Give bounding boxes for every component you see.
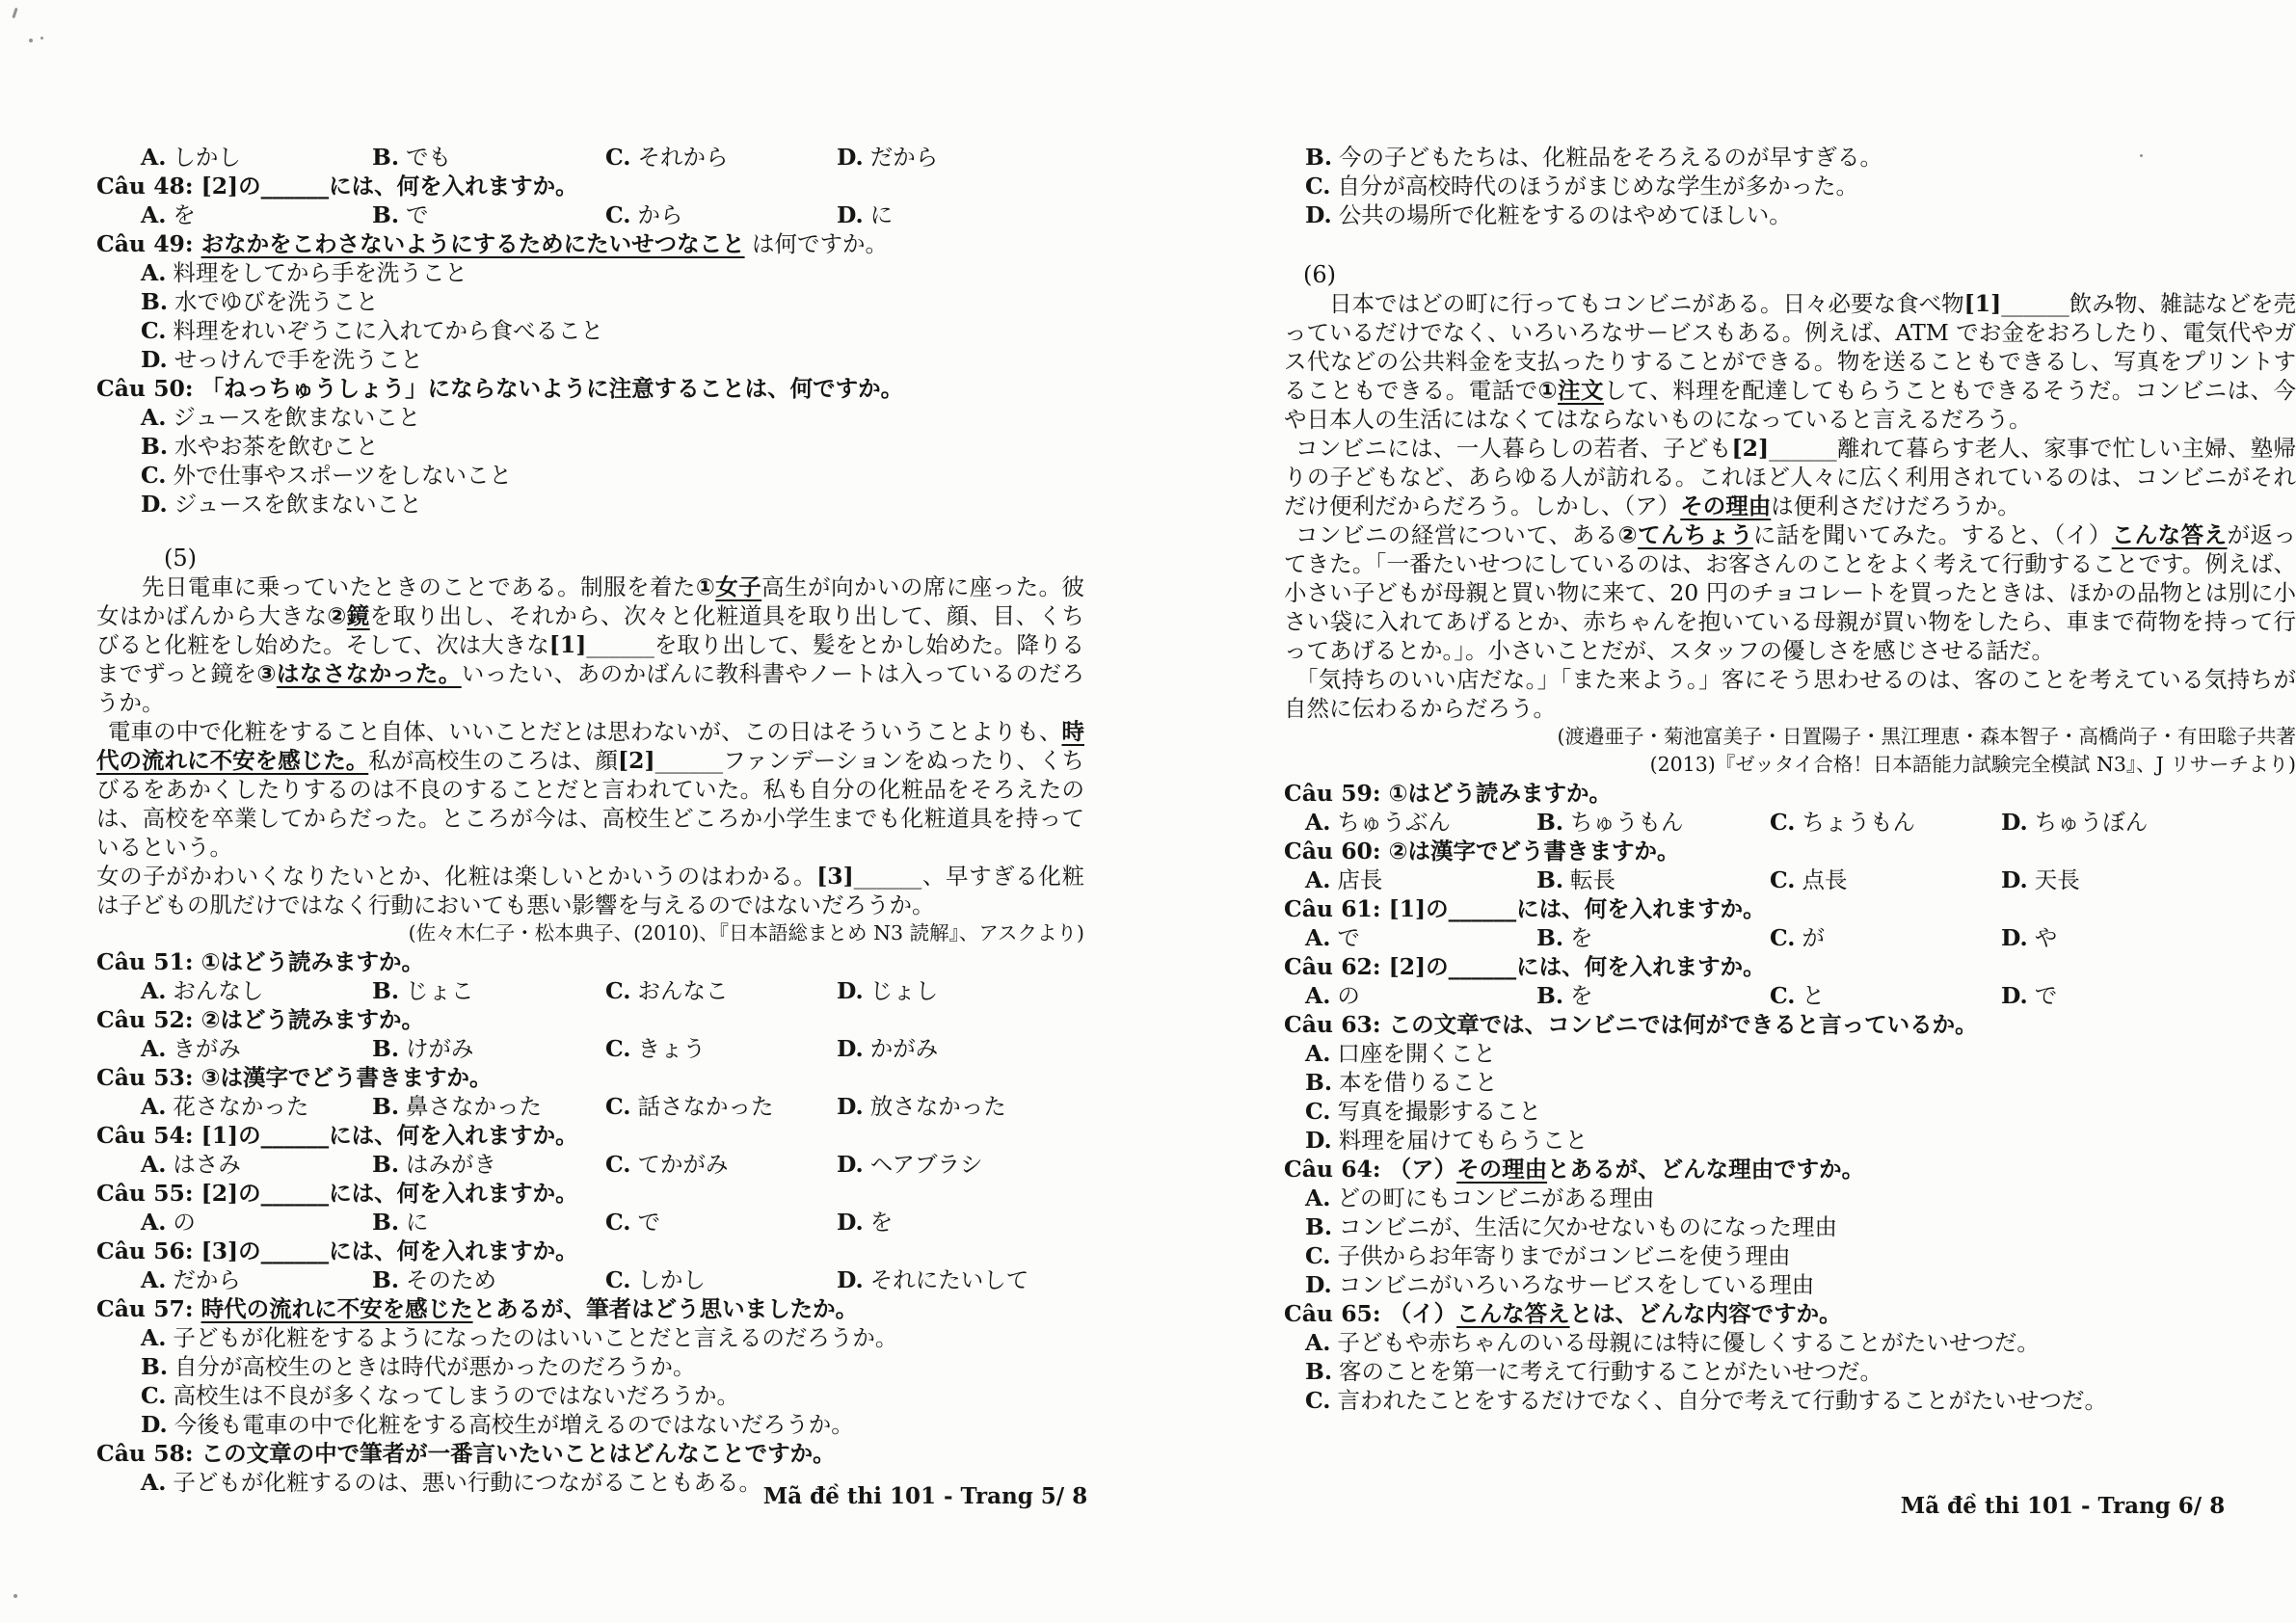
option-letter: B. <box>372 1035 399 1062</box>
option-letter: B. <box>1305 1358 1332 1385</box>
options-row: A.でB.をC.がD.や <box>1284 923 2296 952</box>
option-letter: D. <box>837 1035 864 1062</box>
option-letter: C. <box>1770 924 1795 951</box>
text-run: [2] <box>618 747 655 774</box>
question-number: Câu 53: <box>96 1064 194 1091</box>
option: A.おんなし <box>141 976 372 1005</box>
option-letter: B. <box>372 1266 399 1293</box>
scan-artifact <box>29 39 33 42</box>
option: D.放さなかった <box>837 1092 1084 1121</box>
spacer <box>96 519 1084 544</box>
option-text: 天長 <box>2035 866 2080 893</box>
option-text: それから <box>637 144 728 171</box>
option-text: で <box>2035 982 2058 1009</box>
option: B.転長 <box>1536 865 1770 894</box>
text-run: [2]の______には、何を入れますか。 <box>201 173 578 200</box>
text-run: とあるが、どんな理由ですか。 <box>1547 1156 1864 1183</box>
option-letter: B. <box>1305 1069 1332 1096</box>
text-run: 時代の流れに不安を感じた <box>201 1295 473 1322</box>
option-text: の <box>1337 982 1360 1009</box>
option: B.客のことを第一に考えて行動することがたいせつだ。 <box>1284 1357 2296 1386</box>
text-run: に話を聞いてみた。すると、（イ） <box>1753 521 2112 548</box>
option-letter: C. <box>605 1035 630 1062</box>
option-text: だから <box>173 1266 241 1293</box>
option-letter: A. <box>1305 1329 1330 1356</box>
option-text: 転長 <box>1570 866 1615 893</box>
option: B.本を借りること <box>1284 1068 2296 1097</box>
option-text: てかがみ <box>637 1151 728 1178</box>
option: C.てかがみ <box>605 1150 837 1179</box>
text-run: ② <box>1618 521 1638 548</box>
option-letter: B. <box>372 977 399 1004</box>
question: Câu 64:（ア）その理由とあるが、どんな理由ですか。 <box>1284 1155 2296 1184</box>
question: Câu 48:[2]の______には、何を入れますか。 <box>96 172 1084 200</box>
option-letter: B. <box>141 1353 168 1380</box>
option-letter: A. <box>141 1151 166 1178</box>
question: Câu 61:[1]の______には、何を入れますか。 <box>1284 894 2296 923</box>
text-run: 水でゆびを洗うこと <box>174 288 379 315</box>
text-run: 高校生は不良が多くなってしまうのではないだろうか。 <box>173 1382 739 1409</box>
question: Câu 59:①はどう読みますか。 <box>1284 779 2296 808</box>
option-text: で <box>406 201 429 228</box>
options-row: A.おんなしB.じょこC.おんなこD.じょし <box>96 976 1084 1005</box>
option: B.水やお茶を飲むこと <box>96 432 1084 461</box>
option-letter: C. <box>141 1382 166 1409</box>
text-run: その理由 <box>1680 492 1771 519</box>
option: C.ちょうもん <box>1770 808 2001 837</box>
option-text: を <box>870 1209 894 1236</box>
option: D.それにたいして <box>837 1265 1084 1294</box>
option-letter: B. <box>372 1151 399 1178</box>
option-letter: C. <box>605 1093 630 1120</box>
text-run: 日本ではどの町に行ってもコンビニがある。日々必要な食べ物 <box>1329 290 1964 317</box>
option-letter: D. <box>1305 201 1332 228</box>
option-text: ちゅうぼん <box>2035 809 2149 836</box>
text-run: [3]の______には、何を入れますか。 <box>201 1237 578 1264</box>
option-letter: D. <box>837 144 864 171</box>
option-letter: D. <box>141 491 168 518</box>
options-row: A.ちゅうぶんB.ちゅうもんC.ちょうもんD.ちゅうぼん <box>1284 808 2296 837</box>
paragraph: 女の子がかわいくなりたいとか、化粧は楽しいとかいうのはわかる。[3]______… <box>96 862 1084 919</box>
option: C.子供からお年寄りまでがコンビニを使う理由 <box>1284 1241 2296 1270</box>
option-text: しかし <box>637 1266 706 1293</box>
options-row: A.しかしB.でもC.それからD.だから <box>96 143 1084 172</box>
option: C.が <box>1770 923 2001 952</box>
option-letter: A. <box>141 144 166 171</box>
option-text: を <box>1570 924 1593 951</box>
question-number: Câu 64: <box>1284 1156 1381 1183</box>
option-letter: A. <box>141 1266 166 1293</box>
text-run: こんな答え <box>1456 1300 1570 1327</box>
option-letter: C. <box>1305 1098 1330 1125</box>
option: A.料理をしてから手を洗うこと <box>96 258 1084 287</box>
option: A.で <box>1305 923 1536 952</box>
option-letter: A. <box>1305 809 1330 836</box>
option: D.ちゅうぼん <box>2001 808 2296 837</box>
option-text: はみがき <box>406 1151 496 1178</box>
option: A.を <box>141 200 372 229</box>
option: B.水でゆびを洗うこと <box>96 287 1084 316</box>
option-text: から <box>637 201 682 228</box>
option-letter: C. <box>605 1209 630 1236</box>
text-run: 先日電車に乗っていたときのことである。制服を着た <box>142 573 696 600</box>
option-text: じょこ <box>406 977 474 1004</box>
option-text: はさみ <box>173 1151 241 1178</box>
paragraph: 「気持ちのいい店だな。」「また来よう。」客にそう思わせるのは、客のことを考えてい… <box>1284 665 2296 723</box>
scan-artifact <box>40 37 43 40</box>
option: A.はさみ <box>141 1150 372 1179</box>
text-run: その理由 <box>1456 1156 1547 1183</box>
option: A.どの町にもコンビニがある理由 <box>1284 1184 2296 1212</box>
option-letter: A. <box>141 201 166 228</box>
option: C.と <box>1770 981 2001 1010</box>
option: D.かがみ <box>837 1034 1084 1063</box>
text-run: ③は漢字でどう書きますか。 <box>201 1064 493 1091</box>
text-run: ① <box>696 573 715 600</box>
text-run: [2]の______には、何を入れますか。 <box>201 1180 578 1207</box>
option-letter: A. <box>1305 982 1330 1009</box>
paragraph: 先日電車に乗っていたときのことである。制服を着た①女子高生が向かいの席に座った。… <box>96 572 1084 717</box>
text-run: 言われたことをするだけでなく、自分で考えて行動することがたいせつだ。 <box>1337 1387 2107 1414</box>
option-text: で <box>1337 924 1360 951</box>
option-letter: D. <box>2001 924 2028 951</box>
option: A.しかし <box>141 143 372 172</box>
text-run: 子どもが化粧をするようになったのはいいことだと言えるのだろうか。 <box>173 1324 897 1351</box>
question-number: Câu 60: <box>1284 838 1381 865</box>
option-letter: A. <box>1305 866 1330 893</box>
option: D.料理を届けてもらうこと <box>1284 1126 2296 1155</box>
option-letter: C. <box>605 977 630 1004</box>
option: C.外で仕事やスポーツをしないこと <box>96 461 1084 490</box>
option: A.子どもが化粧をするようになったのはいいことだと言えるのだろうか。 <box>96 1323 1084 1352</box>
text-run: 「気持ちのいい店だな。」「また来よう。」客にそう思わせるのは、客のことを考えてい… <box>1284 666 2296 722</box>
option-letter: C. <box>1770 866 1795 893</box>
question: Câu 52:②はどう読みますか。 <box>96 1005 1084 1034</box>
section-label: (5) <box>96 544 1084 572</box>
option: A.ジュースを飲まないこと <box>96 403 1084 432</box>
question-number: Câu 52: <box>96 1006 194 1033</box>
question: Câu 60:②は漢字でどう書きますか。 <box>1284 837 2296 865</box>
option: C.それから <box>605 143 837 172</box>
question: Câu 65:（イ）こんな答えとは、どんな内容ですか。 <box>1284 1299 2296 1328</box>
option: B.を <box>1536 923 1770 952</box>
text-run: [3] <box>816 863 854 890</box>
options-row: A.をB.でC.からD.に <box>96 200 1084 229</box>
text-run: 注文 <box>1558 377 1604 404</box>
paragraph: 日本ではどの町に行ってもコンビニがある。日々必要な食べ物[1]______飲み物… <box>1284 289 2296 434</box>
option-text: ちゅうぶん <box>1337 809 1451 836</box>
text-run: この文章の中で筆者が一番言いたいことはどんなことですか。 <box>201 1440 836 1467</box>
text-run: [2]の______には、何を入れますか。 <box>1389 953 1766 980</box>
option-letter: D. <box>837 977 864 1004</box>
option-letter: D. <box>837 1151 864 1178</box>
option-letter: D. <box>141 1411 168 1438</box>
text-run: ジュースを飲まないこと <box>174 491 422 518</box>
option-text: おんなし <box>173 977 263 1004</box>
option-text: しかし <box>173 144 241 171</box>
option: D.を <box>837 1208 1084 1237</box>
option-letter: C. <box>1305 1387 1330 1414</box>
question: Câu 55:[2]の______には、何を入れますか。 <box>96 1179 1084 1208</box>
scanned-test-page: A.しかしB.でもC.それからD.だからCâu 48:[2]の______には、… <box>0 0 2296 1623</box>
option-letter: D. <box>1305 1127 1332 1154</box>
question-number: Câu 56: <box>96 1237 194 1264</box>
option-text: 花さなかった <box>173 1093 308 1120</box>
option-text: で <box>637 1209 660 1236</box>
text-run: ①はどう読みますか。 <box>201 948 424 975</box>
option: D.せっけんで手を洗うこと <box>96 345 1084 374</box>
question-number: Câu 65: <box>1284 1300 1381 1327</box>
text-run: [1] <box>1964 290 2002 317</box>
options-row: A.はさみB.はみがきC.てかがみD.ヘアブラシ <box>96 1150 1084 1179</box>
option-letter: A. <box>141 404 166 431</box>
question: Câu 56:[3]の______には、何を入れますか。 <box>96 1237 1084 1265</box>
text-run: （ア） <box>1389 1156 1457 1183</box>
option-text: じょし <box>870 977 939 1004</box>
citation-line: (佐々木仁子・松本典子、(2010)、『日本語総まとめ N3 読解』、アスクより… <box>96 919 1084 947</box>
text-run: 水やお茶を飲むこと <box>174 433 379 460</box>
option-letter: B. <box>372 1093 399 1120</box>
option-text: を <box>173 201 196 228</box>
text-run: 自分が高校生のときは時代が悪かったのだろうか。 <box>174 1353 696 1380</box>
option-letter: D. <box>2001 866 2028 893</box>
option: B.じょこ <box>372 976 605 1005</box>
option: B.けがみ <box>372 1034 605 1063</box>
option: D.天長 <box>2001 865 2296 894</box>
question: Câu 50:「ねっちゅうしょう」にならないように注意することは、何ですか。 <box>96 374 1084 403</box>
question-number: Câu 59: <box>1284 780 1381 807</box>
text-run: 今の子どもたちは、化粧品をそろえるのが早すぎる。 <box>1339 144 1882 171</box>
text-run: とあるが、筆者はどう思いましたか。 <box>473 1295 859 1322</box>
question: Câu 62:[2]の______には、何を入れますか。 <box>1284 952 2296 981</box>
question: Câu 63:この文章では、コンビニでは何ができると言っているか。 <box>1284 1010 2296 1039</box>
page-footer-right: Mã đề thi 101 - Trang 6/ 8 <box>1812 1492 2296 1521</box>
option: B.に <box>372 1208 605 1237</box>
text-run: どの町にもコンビニがある理由 <box>1337 1184 1654 1211</box>
text-run: ① <box>1538 377 1558 404</box>
option: B.はみがき <box>372 1150 605 1179</box>
option-text: ヘアブラシ <box>870 1151 983 1178</box>
question-number: Câu 51: <box>96 948 194 975</box>
option: C.で <box>605 1208 837 1237</box>
section-label: (6) <box>1284 260 2296 289</box>
option-letter: A. <box>141 977 166 1004</box>
option-text: そのため <box>406 1266 496 1293</box>
option-text: 放さなかった <box>870 1093 1006 1120</box>
text-run: ②はどう読みますか。 <box>201 1006 424 1033</box>
option-letter: B. <box>1536 924 1563 951</box>
text-run: 客のことを第一に考えて行動することがたいせつだ。 <box>1339 1358 1882 1385</box>
question-number: Câu 62: <box>1284 953 1381 980</box>
option: A.きがみ <box>141 1034 372 1063</box>
text-run: 公共の場所で化粧をするのはやめてほしい。 <box>1339 201 1792 228</box>
option-text: かがみ <box>870 1035 939 1062</box>
option: C.自分が高校時代のほうがまじめな学生が多かった。 <box>1284 172 2296 200</box>
option-letter: B. <box>1305 1213 1332 1240</box>
option-text: それにたいして <box>870 1266 1029 1293</box>
question-number: Câu 61: <box>1284 895 1381 922</box>
text-run: ②は漢字でどう書きますか。 <box>1389 838 1680 865</box>
option-text: の <box>173 1209 196 1236</box>
option: B.ちゅうもん <box>1536 808 1770 837</box>
text-run: 本を借りること <box>1339 1069 1498 1096</box>
option-letter: D. <box>837 1093 864 1120</box>
option: B.コンビニが、生活に欠かせないものになった理由 <box>1284 1212 2296 1241</box>
option: C.言われたことをするだけでなく、自分で考えて行動することがたいせつだ。 <box>1284 1386 2296 1415</box>
option-text: に <box>406 1209 429 1236</box>
text-run: 女の子がかわいくなりたいとか、化粧は楽しいとかいうのはわかる。 <box>96 863 816 890</box>
text-run: 料理を届けてもらうこと <box>1339 1127 1589 1154</box>
option-letter: C. <box>1305 173 1330 200</box>
text-run: ①はどう読みますか。 <box>1389 780 1612 807</box>
options-row: A.きがみB.けがみC.きょうD.かがみ <box>96 1034 1084 1063</box>
text-run: [2] <box>1732 435 1770 462</box>
citation-line: (渡邉亜子・菊池富美子・日置陽子・黒江理恵・森本智子・高橋尚子・有田聡子共著 <box>1284 723 2296 751</box>
text-run: 口座を開くこと <box>1337 1040 1496 1067</box>
question-number: Câu 63: <box>1284 1011 1381 1038</box>
option-text: だから <box>870 144 939 171</box>
scan-artifact <box>12 8 17 18</box>
option-letter: D. <box>2001 982 2028 1009</box>
options-row: A.のB.をC.とD.で <box>1284 981 2296 1010</box>
option-letter: A. <box>1305 1040 1330 1067</box>
text-run: 子供からお年寄りまでがコンビニを使う理由 <box>1337 1242 1790 1269</box>
option-letter: C. <box>605 1151 630 1178</box>
option: D.ジュースを飲まないこと <box>96 490 1084 519</box>
citation: (渡邉亜子・菊池富美子・日置陽子・黒江理恵・森本智子・高橋尚子・有田聡子共著(2… <box>1284 723 2296 779</box>
text-run: 料理をれいぞうこに入れてから食べること <box>173 317 603 344</box>
option-letter: B. <box>1305 144 1332 171</box>
text-run: 女子 <box>715 573 761 600</box>
text-run: コンビニには、一人暮らしの若者、子ども <box>1295 435 1732 462</box>
question-number: Câu 49: <box>96 230 194 257</box>
text-run: ② <box>327 602 346 629</box>
option-text: 鼻さなかった <box>406 1093 542 1120</box>
options-row: A.だからB.そのためC.しかしD.それにたいして <box>96 1265 1084 1294</box>
option-letter: B. <box>372 1209 399 1236</box>
option: B.今の子どもたちは、化粧品をそろえるのが早すぎる。 <box>1284 143 2296 172</box>
text-run: ③ <box>256 660 276 687</box>
text-run: 私が高校生のころは、顔 <box>368 747 618 774</box>
text-run: 鏡 <box>347 602 370 629</box>
option-text: 点長 <box>1802 866 1847 893</box>
text-run: 子どもや赤ちゃんのいる母親には特に優しくすることがたいせつだ。 <box>1337 1329 2040 1356</box>
option-letter: D. <box>1305 1271 1332 1298</box>
text-run: 電車の中で化粧をすること自体、いいことだとは思わないが、この日はそういうことより… <box>108 718 1062 745</box>
option-letter: D. <box>837 201 864 228</box>
question-number: Câu 54: <box>96 1122 194 1149</box>
option: D.じょし <box>837 976 1084 1005</box>
option: C.点長 <box>1770 865 2001 894</box>
option: D.公共の場所で化粧をするのはやめてほしい。 <box>1284 200 2296 229</box>
paragraph: 電車の中で化粧をすること自体、いいことだとは思わないが、この日はそういうことより… <box>96 717 1084 862</box>
text-run: せっけんで手を洗うこと <box>174 346 423 373</box>
option: B.そのため <box>372 1265 605 1294</box>
option-letter: D. <box>2001 809 2028 836</box>
text-run: 写真を撮影すること <box>1337 1098 1541 1125</box>
question: Câu 49:おなかをこわさないようにするためにたいせつなこと は何ですか。 <box>96 229 1084 258</box>
scan-artifact <box>13 1594 17 1598</box>
option: C.高校生は不良が多くなってしまうのではないだろうか。 <box>96 1381 1084 1410</box>
option: D.だから <box>837 143 1084 172</box>
option-text: けがみ <box>406 1035 474 1062</box>
text-run: おなかをこわさないようにするためにたいせつなこと <box>201 230 745 257</box>
option: D.に <box>837 200 1084 229</box>
option-letter: B. <box>1536 866 1563 893</box>
option: C.きょう <box>605 1034 837 1063</box>
option: C.写真を撮影すること <box>1284 1097 2296 1126</box>
text-run: 料理をしてから手を洗うこと <box>173 259 467 286</box>
question: Câu 57:時代の流れに不安を感じたとあるが、筆者はどう思いましたか。 <box>96 1294 1084 1323</box>
option: B.で <box>372 200 605 229</box>
text-run: とは、どんな内容ですか。 <box>1570 1300 1842 1327</box>
citation-line: (2013)『ゼッタイ合格！日本語能力試験完全模試 N3』、J リサーチより) <box>1284 751 2296 779</box>
text-run: 外で仕事やスポーツをしないこと <box>173 462 512 489</box>
text-run: てんちょう <box>1638 521 1753 548</box>
question-number: Câu 55: <box>96 1180 194 1207</box>
option-letter: B. <box>372 144 399 171</box>
option: C.話さなかった <box>605 1092 837 1121</box>
option: D.今後も電車の中で化粧をする高校生が増えるのではないだろうか。 <box>96 1410 1084 1439</box>
option-letter: A. <box>1305 924 1330 951</box>
question-number: Câu 48: <box>96 173 194 200</box>
paragraph: コンビニの経営について、ある②てんちょうに話を聞いてみた。すると、（イ）こんな答… <box>1284 520 2296 665</box>
option-letter: A. <box>141 1035 166 1062</box>
option-letter: C. <box>141 317 166 344</box>
text-run: [1]の______には、何を入れますか。 <box>1389 895 1766 922</box>
option: A.子どもや赤ちゃんのいる母親には特に優しくすることがたいせつだ。 <box>1284 1328 2296 1357</box>
text-run: [1] <box>549 631 587 658</box>
option-letter: D. <box>837 1266 864 1293</box>
option-text: きょう <box>637 1035 706 1062</box>
text-run: [1]の______には、何を入れますか。 <box>201 1122 578 1149</box>
option: D.や <box>2001 923 2296 952</box>
text-run: は便利さだけだろうか。 <box>1771 492 2020 519</box>
text-run: コンビニが、生活に欠かせないものになった理由 <box>1339 1213 1837 1240</box>
text-run: ジュースを飲まないこと <box>173 404 420 431</box>
option-letter: A. <box>141 1469 166 1496</box>
option-text: や <box>2035 924 2058 951</box>
option-letter: B. <box>141 288 168 315</box>
option: A.ちゅうぶん <box>1305 808 1536 837</box>
option: B.自分が高校生のときは時代が悪かったのだろうか。 <box>96 1352 1084 1381</box>
option-letter: A. <box>141 1209 166 1236</box>
text-run: コンビニがいろいろなサービスをしている理由 <box>1339 1271 1815 1298</box>
spacer <box>1284 229 2296 260</box>
option-text: 店長 <box>1337 866 1382 893</box>
option: A.口座を開くこと <box>1284 1039 2296 1068</box>
option-text: でも <box>406 144 451 171</box>
text-run: こんな答え <box>2112 521 2228 548</box>
page-right-column: B.今の子どもたちは、化粧品をそろえるのが早すぎる。C.自分が高校時代のほうがま… <box>1284 143 2296 1415</box>
option-text: が <box>1802 924 1825 951</box>
question-number: Câu 50: <box>96 375 194 402</box>
option: B.を <box>1536 981 1770 1010</box>
page-left-column: A.しかしB.でもC.それからD.だからCâu 48:[2]の______には、… <box>96 143 1084 1497</box>
option-text: と <box>1802 982 1825 1009</box>
option-letter: A. <box>141 1324 166 1351</box>
text-run: （イ） <box>1389 1300 1457 1327</box>
question: Câu 53:③は漢字でどう書きますか。 <box>96 1063 1084 1092</box>
options-row: A.店長B.転長C.点長D.天長 <box>1284 865 2296 894</box>
option-text: を <box>1570 982 1593 1009</box>
option: D.コンビニがいろいろなサービスをしている理由 <box>1284 1270 2296 1299</box>
option-letter: C. <box>1770 809 1795 836</box>
option-letter: A. <box>141 1093 166 1120</box>
option: A.花さなかった <box>141 1092 372 1121</box>
option: B.鼻さなかった <box>372 1092 605 1121</box>
option-letter: D. <box>837 1209 864 1236</box>
